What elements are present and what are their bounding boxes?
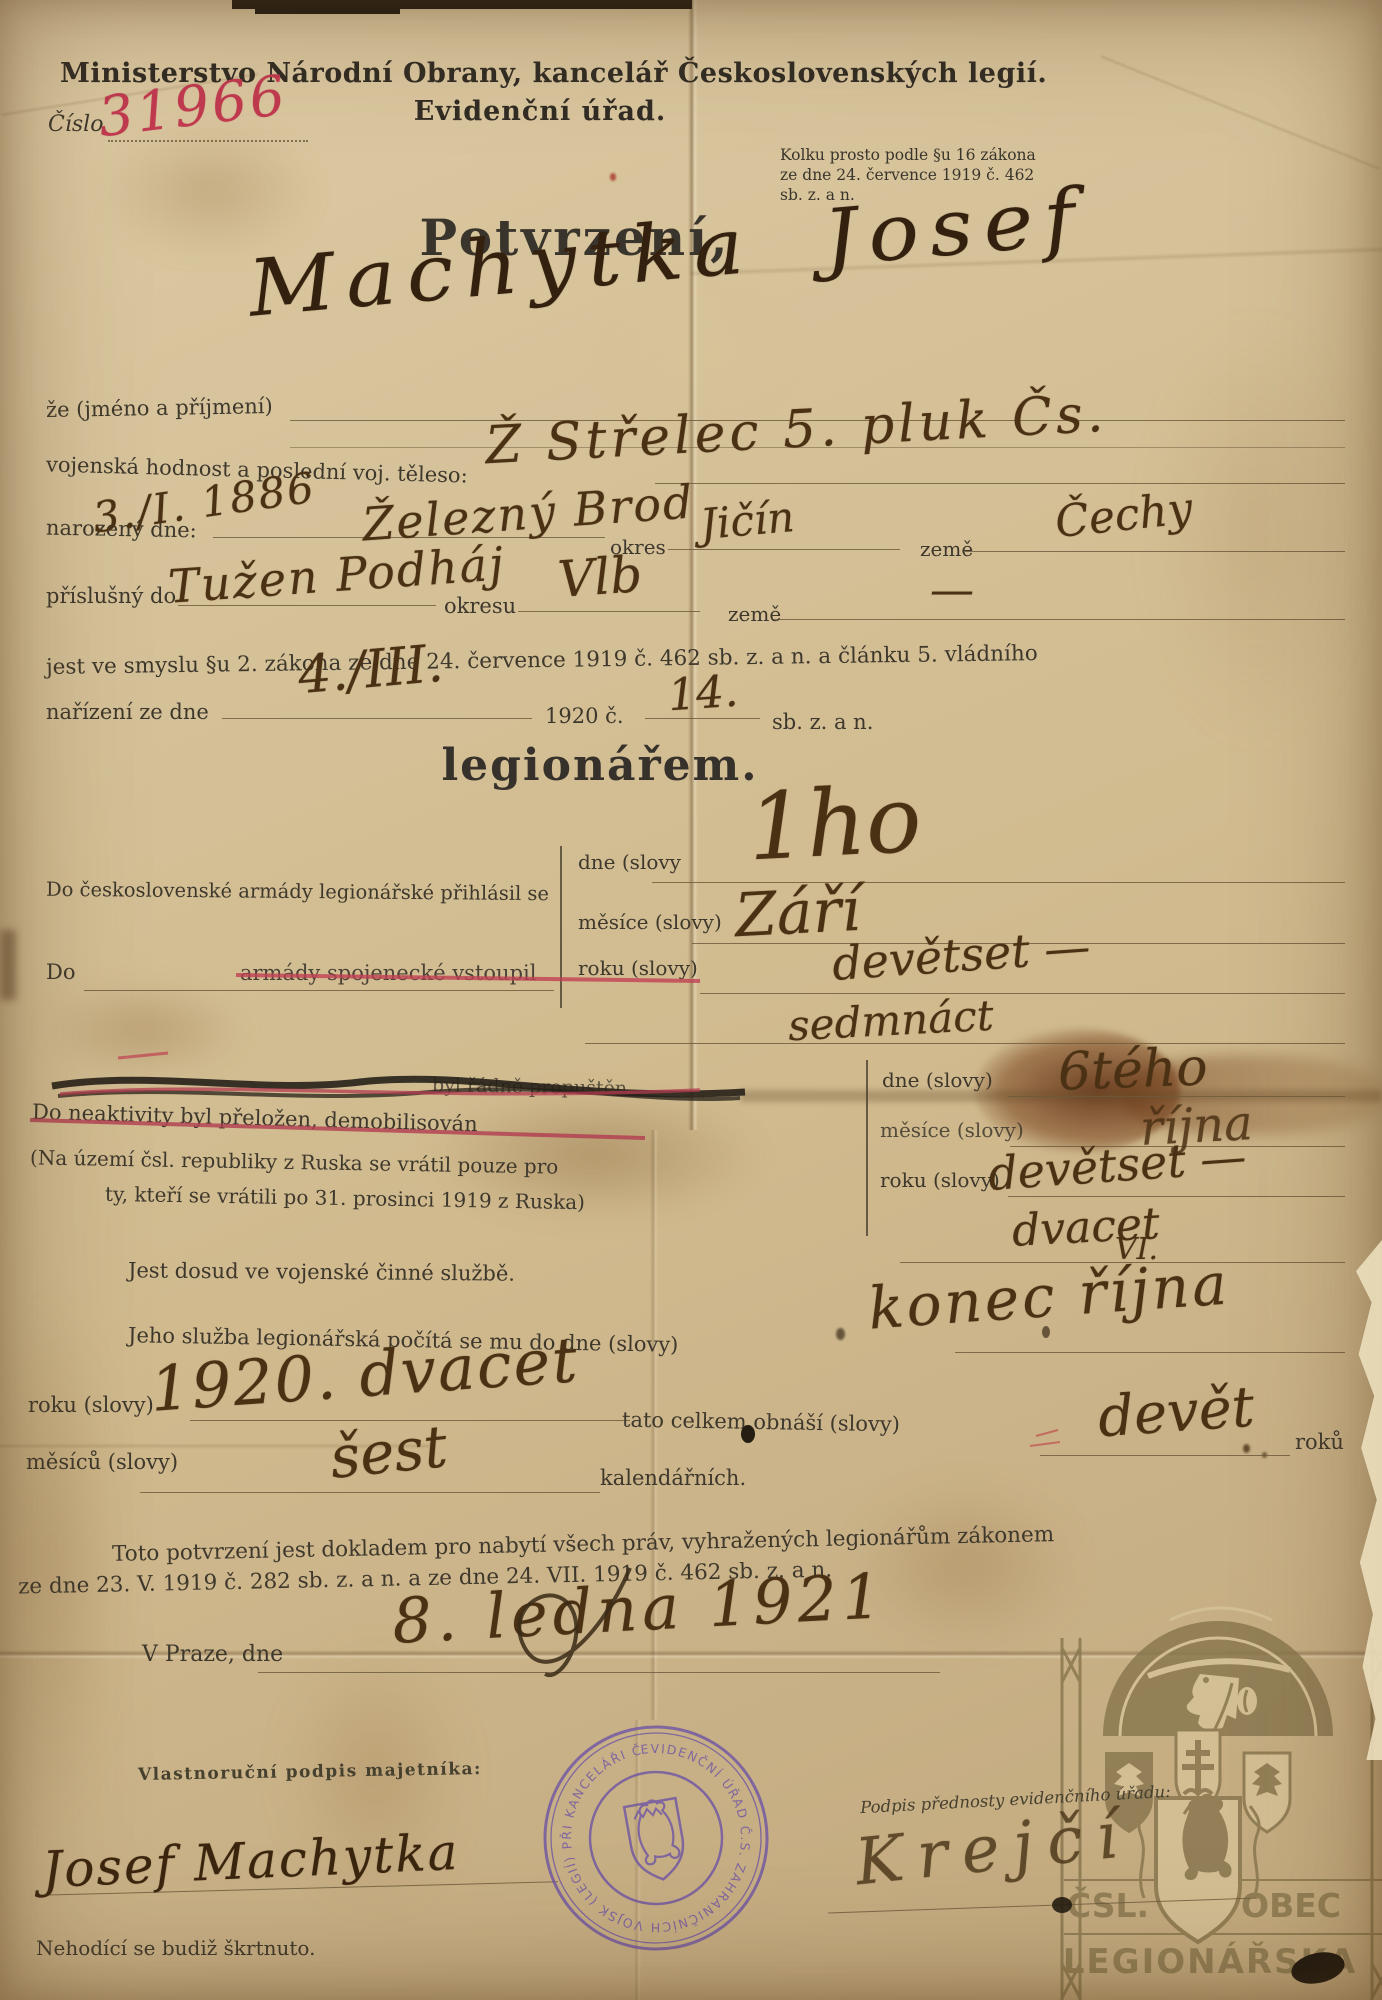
discharge-note-line2: ty, kteří se vrátili po 31. prosinci 191… [105, 1182, 585, 1214]
field-name-label: že (jméno a příjmení) [46, 394, 273, 422]
hw-service-count-value: konec října [866, 1249, 1232, 1342]
hw-rank-value: Ž Střelec 5. pluk Čs. [484, 384, 1109, 476]
discharge-divider [866, 1060, 868, 1236]
field-rank-line [655, 483, 1345, 484]
decree-line1 [222, 718, 532, 719]
field-domicile-zeme-line [772, 619, 1345, 620]
watermark-text-obec: OBEC [1241, 1886, 1341, 1925]
enlist-divider [560, 846, 562, 1008]
service-roku-label: roku (slovy) [28, 1393, 154, 1417]
hw-service-margin-note: VI. [1115, 1232, 1158, 1267]
hw-born-zeme: Čechy [1053, 483, 1195, 548]
discharge-struck-fragment: byl řádně propuštěn [432, 1074, 627, 1099]
hw-domicile-zeme: — [930, 565, 974, 616]
closing-place-label: V Praze, dne [142, 1642, 283, 1667]
hw-born-okres: Jičín [698, 492, 796, 549]
service-total-line [1040, 1455, 1290, 1456]
service-active-line: Jest dosud ve vojenské činné službě. [128, 1258, 515, 1285]
enlist-struck-text: armády spojenecké vstoupil [240, 961, 536, 985]
hw-discharge-roku: devětset — [986, 1129, 1247, 1201]
watermark-text-legionarska: LEGIONÁŘSKA [1063, 1941, 1357, 1982]
owner-signature: Josef Machytka [41, 1823, 461, 1899]
service-total-label: tato celkem obnáší (slovy) [622, 1408, 900, 1437]
official-stamp: EVIDENČNÍ ÚŘAD Č.S. ZAHRANIČNÍCH VOJSK (… [519, 1701, 792, 1974]
field-domicile-zeme-label: země [728, 602, 781, 626]
decree-year-label: 1920 č. [545, 704, 624, 728]
closing-date-line [258, 1672, 940, 1673]
field-born-okres-line [668, 549, 900, 550]
ink-speck [1243, 1444, 1250, 1453]
hw-discharge-dne: 6tého [1057, 1037, 1209, 1102]
hw-enlist-roku: devětset — [830, 919, 1091, 991]
service-mesicu-label: měsíců (slovy) [26, 1450, 178, 1474]
enlist-roku-label: roku (slovy) [578, 956, 698, 980]
discharge-struck-line: Do neaktivity byl přeložen, demobilisová… [32, 1100, 478, 1136]
field-domicile-label: příslušný do [46, 584, 176, 608]
strike-note: Nehodící se budiž škrtnuto. [36, 1936, 315, 1960]
hw-enlist-dne: 1ho [745, 766, 924, 882]
service-count-line [955, 1352, 1345, 1353]
closing-line1: Toto potvrzení jest dokladem pro nabytí … [112, 1522, 1055, 1567]
stain [0, 1300, 120, 1820]
law-line: jest ve smyslu §u 2. zákona ze dne 24. č… [46, 641, 1038, 680]
enlist-mesice-label: měsíce (slovy) [578, 910, 722, 934]
stamp-ring-text: EVIDENČNÍ ÚŘAD Č.S. ZAHRANIČNÍCH VOJSK (… [512, 1693, 769, 1955]
field-born-zeme-line [965, 551, 1345, 552]
enlist-left-line: Do československé armády legionářské při… [46, 878, 549, 905]
tax-note-line1: Kolku prosto podle §u 16 zákona [780, 146, 1036, 164]
enlist-roku-line [700, 993, 1345, 994]
discharge-note-line1: (Na území čsl. republiky z Ruska se vrát… [30, 1145, 559, 1178]
owner-signature-label: Vlastnoruční podpis majetníka: [138, 1759, 482, 1785]
svg-text:EVIDENČNÍ ÚŘAD Č.S. ZAHRANIČNÍ: EVIDENČNÍ ÚŘAD Č.S. ZAHRANIČNÍCH VOJSK (… [512, 1693, 769, 1955]
field-domicile-okresu-label: okresu [444, 594, 516, 618]
discharge-mesice-label: měsíce (slovy) [880, 1118, 1024, 1142]
hw-service-mesicu-value: šest [327, 1412, 451, 1492]
discharge-roku-label: roku (slovy) [880, 1168, 1000, 1192]
hw-domicile-okresu: Vlb [556, 545, 644, 609]
service-mesicu-unit: kalendářních. [600, 1466, 746, 1490]
service-total-unit: roků [1295, 1430, 1344, 1454]
discharge-dne-label: dne (slovy) [882, 1068, 993, 1092]
field-domicile-okresu-line [518, 611, 700, 612]
decree-label: nařízení ze dne [46, 700, 209, 724]
legion-watermark: ČSL. OBEC LEGIONÁŘSKA [1048, 1468, 1382, 2000]
doc-number-label: Číslo [48, 112, 103, 137]
edge-nick [0, 930, 16, 1000]
hw-decree-date: 4./III. [296, 634, 446, 706]
service-mesicu-line [140, 1492, 600, 1493]
field-born-zeme-label: země [920, 537, 973, 561]
enlist-extra-line [585, 1043, 1345, 1044]
hw-decree-number: 14. [666, 666, 739, 722]
scan-artifact-strip [255, 0, 400, 14]
document-page: ČSL. OBEC LEGIONÁŘSKA Ministerstvo Národ… [0, 0, 1382, 2000]
watermark-text-csl: ČSL. [1067, 1885, 1149, 1925]
hw-service-total-value: devět [1096, 1375, 1256, 1451]
decree-suffix: sb. z. a n. [772, 710, 873, 734]
stain [40, 980, 250, 1080]
enlist-do-label: Do [46, 960, 75, 984]
hw-name-overlay: Machytka Josef [245, 172, 1089, 335]
hw-enlist-roku2: sedmnáct [787, 991, 995, 1051]
ink-speck [610, 173, 616, 181]
enlist-do-line [84, 990, 554, 991]
enlist-dne-label: dne (slovy [578, 850, 681, 874]
ink-speck [836, 1328, 845, 1340]
crease [1100, 54, 1380, 171]
